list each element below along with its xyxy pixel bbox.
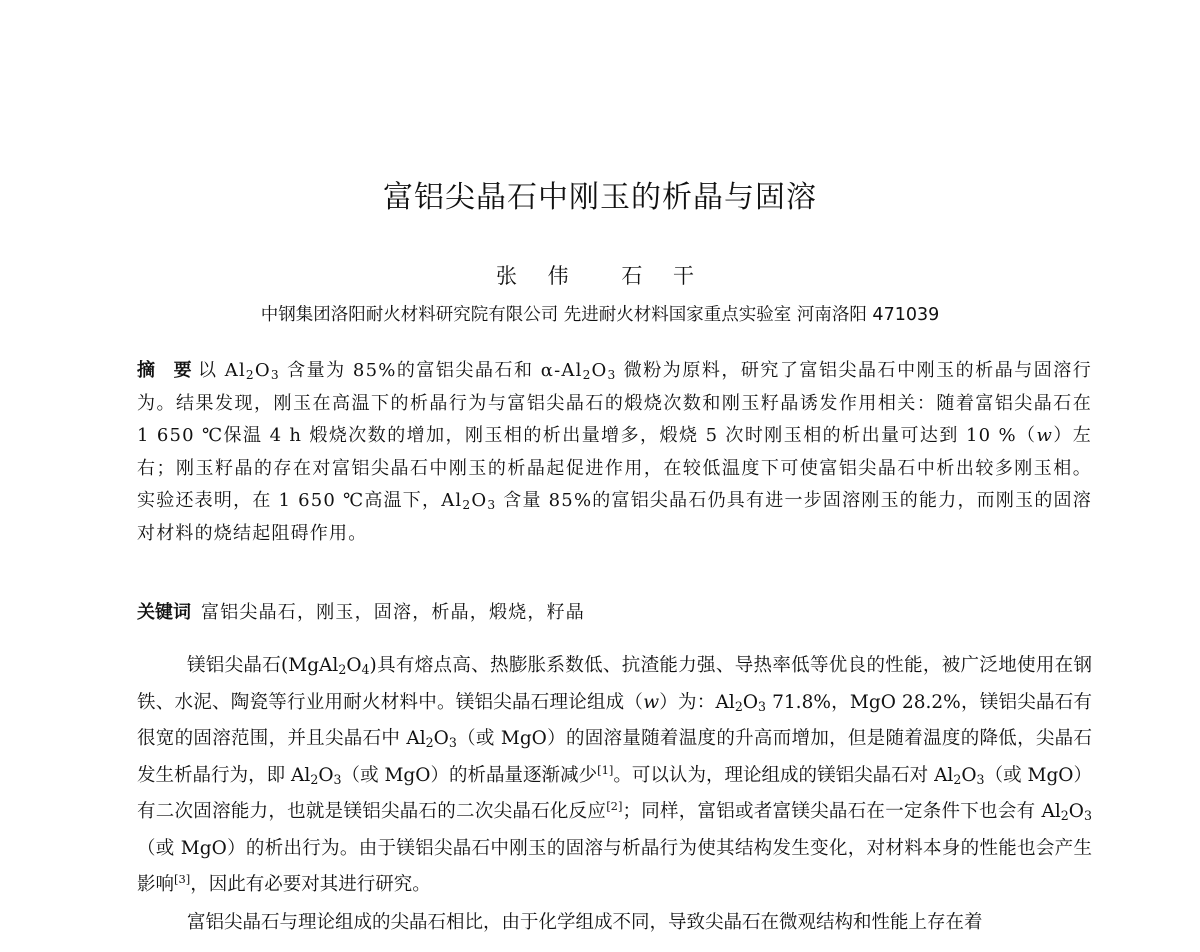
body-paragraph: 富铝尖晶石与理论组成的尖晶石相比，由于化学组成不同，导致尖晶石在微观结构和性能上… bbox=[137, 905, 1092, 942]
citation-ref[interactable]: [3] bbox=[174, 872, 190, 886]
keywords: 关键词富铝尖晶石，刚玉，固溶，析晶，煅烧，籽晶 bbox=[137, 598, 1092, 628]
author-name: 张 伟 bbox=[496, 264, 579, 288]
citation-ref[interactable]: [1] bbox=[597, 763, 613, 777]
abstract: 摘要以 Al2O3 含量为 85%的富铝尖晶石和 α-Al2O3 微粉为原料，研… bbox=[137, 355, 1092, 550]
abstract-label: 摘要 bbox=[137, 360, 192, 381]
keywords-text: 富铝尖晶石，刚玉，固溶，析晶，煅烧，籽晶 bbox=[201, 602, 585, 623]
author-list: 张 伟 石 干 bbox=[0, 260, 1200, 290]
paper-title: 富铝尖晶石中刚玉的析晶与固溶 bbox=[0, 172, 1200, 216]
author-affiliation: 中钢集团洛阳耐火材料研究院有限公司 先进耐火材料国家重点实验室 河南洛阳 471… bbox=[0, 301, 1200, 326]
keywords-label: 关键词 bbox=[137, 602, 191, 623]
body-text: 镁铝尖晶石(MgAl2O4)具有熔点高、热膨胀系数低、抗渣能力强、导热率低等优良… bbox=[137, 648, 1092, 941]
paper-page: 富铝尖晶石中刚玉的析晶与固溶 张 伟 石 干 中钢集团洛阳耐火材料研究院有限公司… bbox=[0, 0, 1200, 952]
author-name: 石 干 bbox=[621, 264, 704, 288]
body-paragraph: 镁铝尖晶石(MgAl2O4)具有熔点高、热膨胀系数低、抗渣能力强、导热率低等优良… bbox=[137, 648, 1092, 904]
citation-ref[interactable]: [2] bbox=[606, 799, 622, 813]
